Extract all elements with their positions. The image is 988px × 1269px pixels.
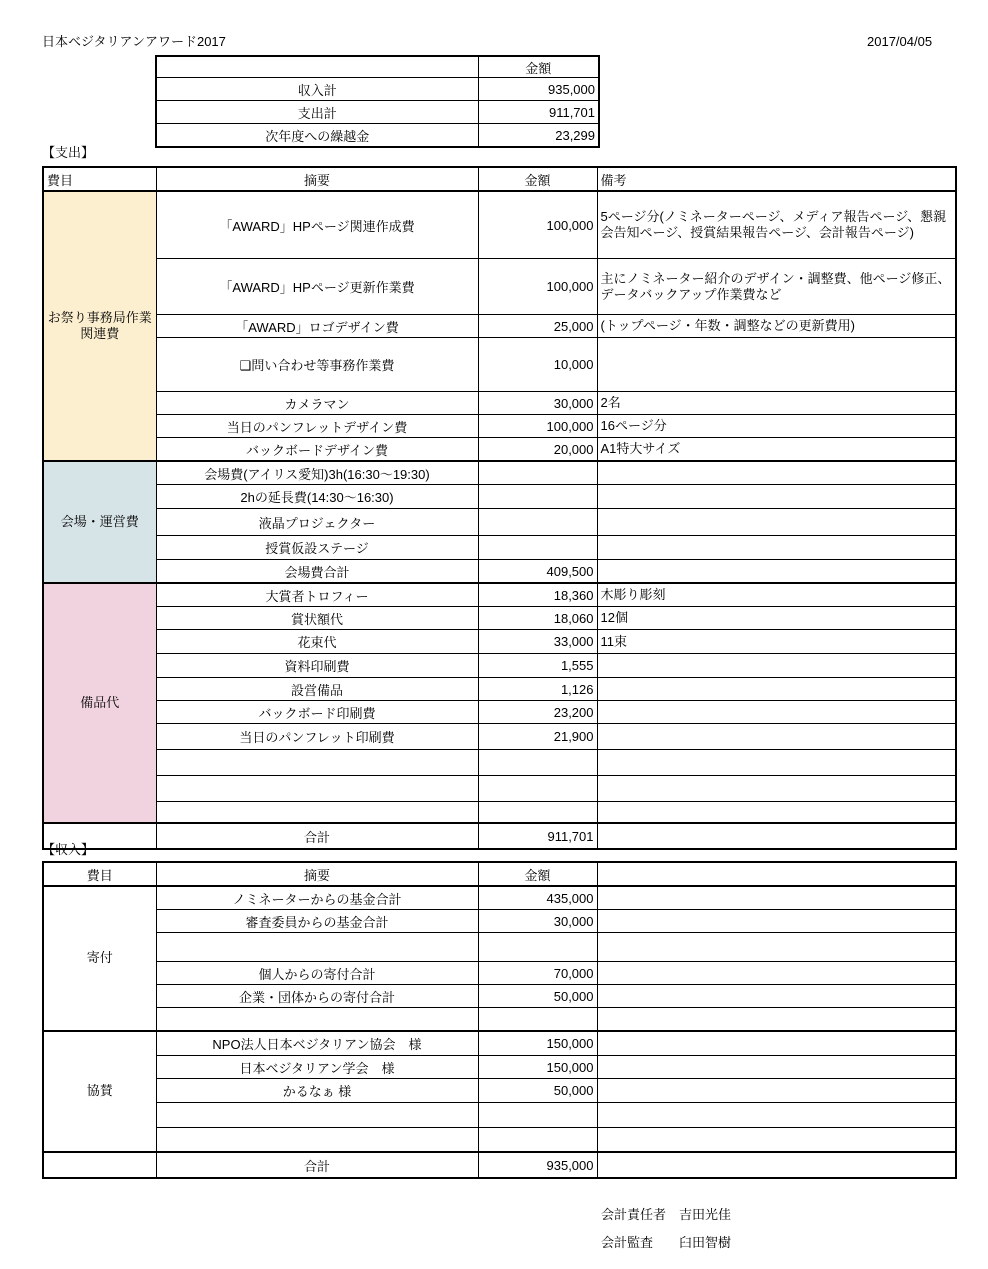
amount-cell: 1,126	[478, 678, 597, 701]
total-row: 合計 911,701	[43, 823, 956, 849]
desc-cell: ノミネーターからの基金合計	[156, 886, 478, 910]
amount-cell	[478, 1128, 597, 1153]
amount-cell	[478, 461, 597, 485]
note-cell: A1特大サイズ	[597, 438, 956, 462]
total-amount-cell: 935,000	[478, 1152, 597, 1178]
category-cell-sponsorship: 協賛	[43, 1031, 156, 1152]
table-row	[43, 1128, 956, 1153]
table-row: 金額	[156, 56, 599, 78]
amount-cell: 1,555	[478, 654, 597, 678]
note-cell	[597, 1103, 956, 1128]
summary-header-empty-cell	[156, 56, 478, 78]
note-cell: 主にノミネーター紹介のデザイン・調整費、他ページ修正、データバックアップ作業費な…	[597, 259, 956, 315]
note-cell	[597, 933, 956, 962]
desc-cell: NPO法人日本ベジタリアン協会 様	[156, 1031, 478, 1056]
table-row: 賞状額代 18,060 12個	[43, 607, 956, 630]
amount-cell: 435,000	[478, 886, 597, 910]
amount-cell	[478, 1008, 597, 1032]
note-cell: 11束	[597, 630, 956, 654]
amount-cell: 33,000	[478, 630, 597, 654]
desc-cell	[156, 1008, 478, 1032]
amount-cell: 18,060	[478, 607, 597, 630]
table-row: かるなぁ 様 50,000	[43, 1079, 956, 1103]
accounting-report-page: 日本ベジタリアンアワード2017 2017/04/05 金額 収入計 935,0…	[0, 0, 988, 1269]
table-header-row: 費目 摘要 金額 備考	[43, 167, 956, 191]
desc-cell: 「AWARD」HPページ更新作業費	[156, 259, 478, 315]
table-row: 支出計 911,701	[156, 101, 599, 124]
amount-cell: 50,000	[478, 1079, 597, 1103]
note-cell	[597, 776, 956, 802]
amount-cell: 21,900	[478, 724, 597, 750]
accounting-auditor-signature: 会計監査 臼田智樹	[601, 1235, 731, 1251]
desc-cell: かるなぁ 様	[156, 1079, 478, 1103]
table-row: 「AWARD」ロゴデザイン費 25,000 (トップページ・年数・調整などの更新…	[43, 315, 956, 338]
note-cell	[597, 985, 956, 1008]
desc-cell: 会場費(アイリス愛知)3h(16:30～19:30)	[156, 461, 478, 485]
amount-cell: 20,000	[478, 438, 597, 462]
col-header-amount: 金額	[478, 167, 597, 191]
table-row: バックボード印刷費 23,200	[43, 701, 956, 724]
col-header-category: 費目	[43, 167, 156, 191]
table-header-row: 費目 摘要 金額	[43, 862, 956, 886]
amount-cell: 150,000	[478, 1031, 597, 1056]
table-row	[43, 750, 956, 776]
amount-cell: 10,000	[478, 338, 597, 392]
amount-cell	[478, 776, 597, 802]
desc-cell: ❑問い合わせ等事務作業費	[156, 338, 478, 392]
desc-cell: 設営備品	[156, 678, 478, 701]
desc-cell: バックボードデザイン費	[156, 438, 478, 462]
accounting-manager-signature: 会計責任者 吉田光佳	[601, 1207, 731, 1223]
note-cell	[597, 461, 956, 485]
table-row: 個人からの寄付合計 70,000	[43, 962, 956, 985]
category-cell-donation: 寄付	[43, 886, 156, 1031]
note-cell: 木彫り彫刻	[597, 583, 956, 607]
summary-amount: 23,299	[478, 124, 599, 148]
note-cell	[597, 1056, 956, 1079]
note-cell	[597, 962, 956, 985]
amount-cell: 100,000	[478, 259, 597, 315]
note-cell	[597, 338, 956, 392]
amount-cell: 30,000	[478, 392, 597, 415]
desc-cell	[156, 1103, 478, 1128]
income-section-label: 【収入】	[42, 842, 94, 858]
amount-cell: 18,360	[478, 583, 597, 607]
table-row	[43, 802, 956, 824]
desc-cell: 授賞仮設ステージ	[156, 536, 478, 560]
expense-section-label: 【支出】	[42, 145, 94, 161]
summary-label: 収入計	[156, 78, 478, 101]
table-row: お祭り事務局作業関連費 「AWARD」HPページ関連作成費 100,000 5ペ…	[43, 191, 956, 259]
note-cell	[597, 910, 956, 933]
table-row: ❑問い合わせ等事務作業費 10,000	[43, 338, 956, 392]
note-cell	[597, 1152, 956, 1178]
amount-cell	[478, 1103, 597, 1128]
summary-header-amount: 金額	[478, 56, 599, 78]
total-row: 合計 935,000	[43, 1152, 956, 1178]
desc-cell: 当日のパンフレットデザイン費	[156, 415, 478, 438]
amount-cell: 409,500	[478, 560, 597, 584]
note-cell	[597, 485, 956, 509]
note-cell	[597, 886, 956, 910]
amount-cell: 100,000	[478, 415, 597, 438]
total-label-cell: 合計	[156, 1152, 478, 1178]
note-cell	[597, 1079, 956, 1103]
total-amount-cell: 911,701	[478, 823, 597, 849]
desc-cell	[156, 802, 478, 824]
note-cell	[597, 750, 956, 776]
summary-amount: 935,000	[478, 78, 599, 101]
income-table: 費目 摘要 金額 寄付 ノミネーターからの基金合計 435,000 審査委員から…	[42, 861, 957, 1179]
table-row	[43, 776, 956, 802]
table-row: 「AWARD」HPページ更新作業費 100,000 主にノミネーター紹介のデザイ…	[43, 259, 956, 315]
amount-cell: 50,000	[478, 985, 597, 1008]
note-cell	[597, 724, 956, 750]
amount-cell	[478, 485, 597, 509]
note-cell: (トップページ・年数・調整などの更新費用)	[597, 315, 956, 338]
table-row	[43, 1103, 956, 1128]
category-cell-equipment: 備品代	[43, 583, 156, 823]
col-header-category: 費目	[43, 862, 156, 886]
amount-cell: 150,000	[478, 1056, 597, 1079]
desc-cell: 企業・団体からの寄付合計	[156, 985, 478, 1008]
note-cell	[597, 1031, 956, 1056]
amount-cell	[478, 750, 597, 776]
desc-cell: カメラマン	[156, 392, 478, 415]
col-header-desc: 摘要	[156, 167, 478, 191]
page-title: 日本ベジタリアンアワード2017	[42, 34, 226, 50]
desc-cell: バックボード印刷費	[156, 701, 478, 724]
note-cell: 12個	[597, 607, 956, 630]
note-cell: 2名	[597, 392, 956, 415]
summary-amount: 911,701	[478, 101, 599, 124]
desc-cell: 「AWARD」HPページ関連作成費	[156, 191, 478, 259]
desc-cell: 「AWARD」ロゴデザイン費	[156, 315, 478, 338]
amount-cell	[478, 933, 597, 962]
note-cell	[597, 654, 956, 678]
desc-cell: 大賞者トロフィー	[156, 583, 478, 607]
col-header-empty	[597, 862, 956, 886]
note-cell	[597, 701, 956, 724]
amount-cell	[478, 509, 597, 536]
table-row: 会場・運営費 会場費(アイリス愛知)3h(16:30～19:30)	[43, 461, 956, 485]
desc-cell: 液晶プロジェクター	[156, 509, 478, 536]
table-row: 2hの延長費(14:30～16:30)	[43, 485, 956, 509]
report-date: 2017/04/05	[867, 34, 932, 50]
amount-cell: 70,000	[478, 962, 597, 985]
amount-cell: 30,000	[478, 910, 597, 933]
amount-cell	[478, 536, 597, 560]
table-row: 備品代 大賞者トロフィー 18,360 木彫り彫刻	[43, 583, 956, 607]
desc-cell: 賞状額代	[156, 607, 478, 630]
desc-cell: 会場費合計	[156, 560, 478, 584]
desc-cell: 資料印刷費	[156, 654, 478, 678]
note-cell	[597, 560, 956, 584]
table-row: バックボードデザイン費 20,000 A1特大サイズ	[43, 438, 956, 462]
table-row: 日本ベジタリアン学会 様 150,000	[43, 1056, 956, 1079]
table-row: 資料印刷費 1,555	[43, 654, 956, 678]
note-cell: 5ページ分(ノミネーターページ、メディア報告ページ、懇親会告知ページ、授賞結果報…	[597, 191, 956, 259]
category-cell-office-work: お祭り事務局作業関連費	[43, 191, 156, 461]
category-cell-venue: 会場・運営費	[43, 461, 156, 583]
table-row: 協賛 NPO法人日本ベジタリアン協会 様 150,000	[43, 1031, 956, 1056]
note-cell	[597, 802, 956, 824]
summary-label: 次年度への繰越金	[156, 124, 478, 148]
desc-cell: 審査委員からの基金合計	[156, 910, 478, 933]
col-header-amount: 金額	[478, 862, 597, 886]
amount-cell: 23,200	[478, 701, 597, 724]
table-row: 寄付 ノミネーターからの基金合計 435,000	[43, 886, 956, 910]
desc-cell: 2hの延長費(14:30～16:30)	[156, 485, 478, 509]
table-row: カメラマン 30,000 2名	[43, 392, 956, 415]
table-row: 収入計 935,000	[156, 78, 599, 101]
note-cell	[597, 1008, 956, 1032]
table-row: 企業・団体からの寄付合計 50,000	[43, 985, 956, 1008]
table-row: 花束代 33,000 11束	[43, 630, 956, 654]
note-cell: 16ページ分	[597, 415, 956, 438]
desc-cell: 個人からの寄付合計	[156, 962, 478, 985]
desc-cell: 当日のパンフレット印刷費	[156, 724, 478, 750]
table-row	[43, 933, 956, 962]
summary-table: 金額 収入計 935,000 支出計 911,701 次年度への繰越金 23,2…	[155, 55, 600, 148]
table-row: 液晶プロジェクター	[43, 509, 956, 536]
table-row: 次年度への繰越金 23,299	[156, 124, 599, 148]
note-cell	[597, 509, 956, 536]
table-row: 当日のパンフレット印刷費 21,900	[43, 724, 956, 750]
table-row: 授賞仮設ステージ	[43, 536, 956, 560]
expense-table: 費目 摘要 金額 備考 お祭り事務局作業関連費 「AWARD」HPページ関連作成…	[42, 166, 957, 850]
table-row: 当日のパンフレットデザイン費 100,000 16ページ分	[43, 415, 956, 438]
note-cell	[597, 823, 956, 849]
desc-cell	[156, 933, 478, 962]
table-row: 審査委員からの基金合計 30,000	[43, 910, 956, 933]
amount-cell	[478, 802, 597, 824]
note-cell	[597, 1128, 956, 1153]
desc-cell	[156, 1128, 478, 1153]
col-header-note: 備考	[597, 167, 956, 191]
total-label-cell: 合計	[156, 823, 478, 849]
desc-cell	[156, 750, 478, 776]
amount-cell: 25,000	[478, 315, 597, 338]
table-row: 会場費合計 409,500	[43, 560, 956, 584]
category-cell-empty	[43, 1152, 156, 1178]
desc-cell: 花束代	[156, 630, 478, 654]
col-header-desc: 摘要	[156, 862, 478, 886]
amount-cell: 100,000	[478, 191, 597, 259]
summary-label: 支出計	[156, 101, 478, 124]
desc-cell: 日本ベジタリアン学会 様	[156, 1056, 478, 1079]
table-row: 設営備品 1,126	[43, 678, 956, 701]
note-cell	[597, 536, 956, 560]
desc-cell	[156, 776, 478, 802]
table-row	[43, 1008, 956, 1032]
note-cell	[597, 678, 956, 701]
